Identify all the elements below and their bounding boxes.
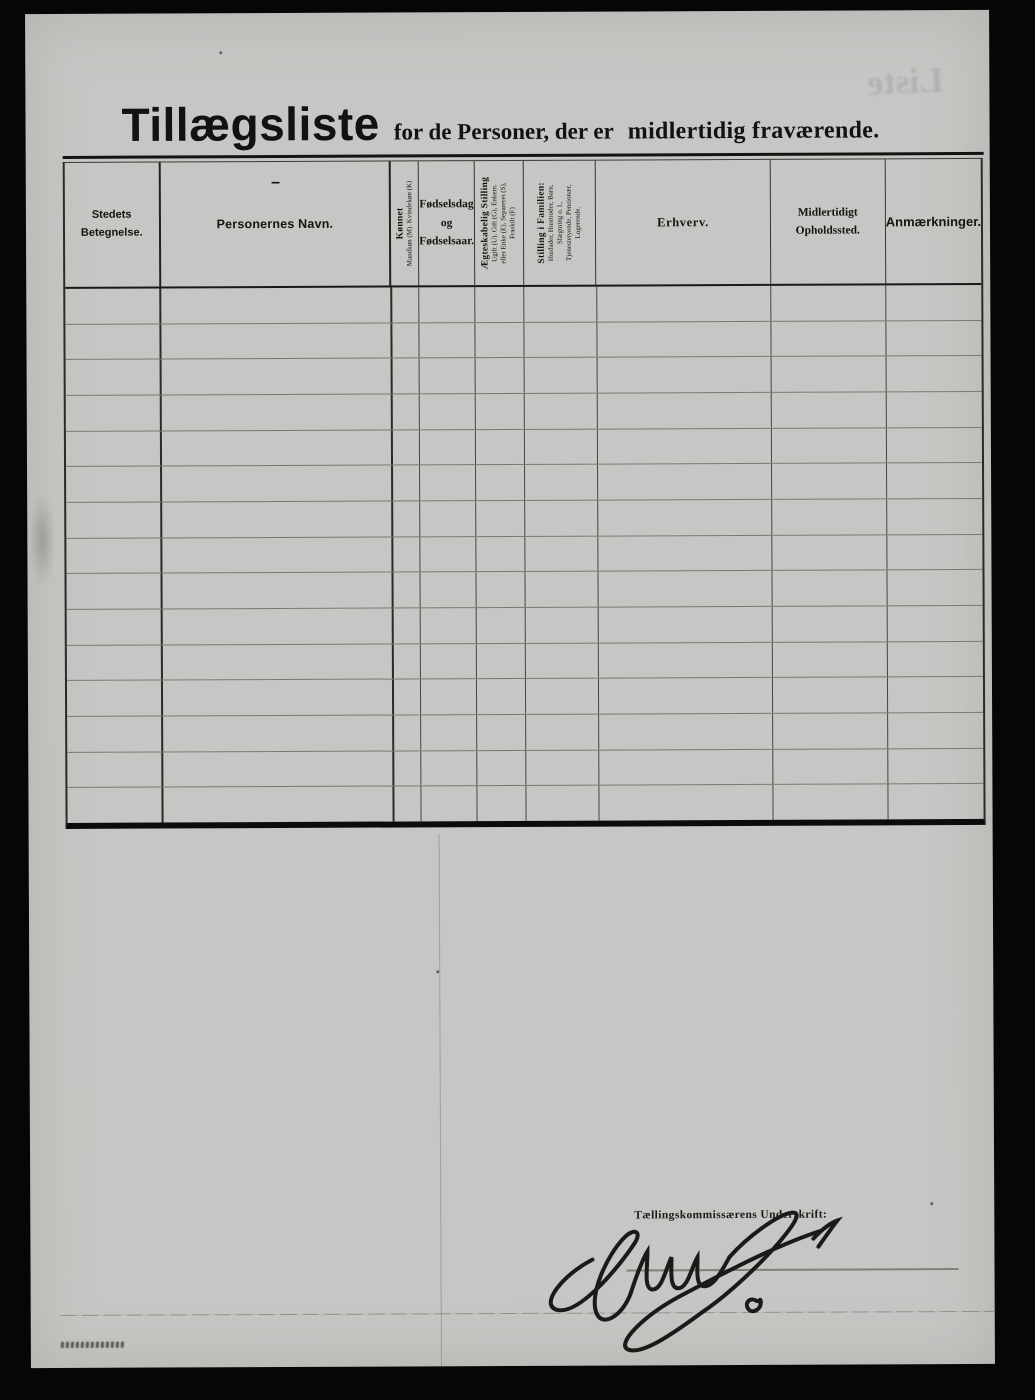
table-cell: [421, 501, 477, 536]
table-cell: [67, 610, 163, 645]
rotated-label: Ægteskabelig Stilling Ugift (U), Gift (G…: [480, 164, 518, 282]
table-cell: [887, 321, 982, 356]
table-cell: [66, 431, 162, 466]
table-cell: [67, 752, 163, 787]
table-cell: [394, 680, 422, 715]
table-cell: [772, 428, 888, 463]
table-cell: [525, 465, 598, 500]
table-cell: [421, 608, 477, 643]
table-cell: [420, 323, 476, 358]
table-cell: [67, 645, 163, 680]
table-cell: [772, 499, 888, 534]
table-cell: [420, 358, 476, 393]
table-cell: [526, 786, 599, 821]
table-cell: [598, 607, 772, 642]
table-row: [66, 463, 982, 503]
table-cell: [67, 681, 163, 716]
table-cell: [772, 464, 888, 499]
page-title: Tillægsliste for de Personer, der er mid…: [121, 94, 879, 151]
table-cell: [421, 644, 477, 679]
table-cell: [597, 393, 771, 428]
table-cell: [889, 784, 984, 819]
column-header-erhverv: Erhverv.: [596, 160, 771, 285]
column-label: Midlertidigt Opholdssted.: [796, 203, 860, 240]
table-cell: [888, 499, 983, 534]
table-cell: [393, 644, 421, 679]
table-cell: [599, 678, 773, 713]
table-cell: [163, 751, 394, 787]
table-row: [66, 392, 982, 432]
table-cell: [525, 572, 598, 607]
table-cell: [598, 643, 772, 678]
table-cell: [394, 787, 422, 822]
table-header-row: Stedets Betegnelse. – Personernes Navn. …: [65, 159, 982, 289]
column-header-personernes-navn: – Personernes Navn.: [160, 162, 391, 287]
table-cell: [476, 323, 525, 358]
table-cell: [476, 394, 525, 429]
table-cell: [477, 608, 526, 643]
table-cell: [161, 430, 392, 466]
table-cell: [420, 430, 476, 465]
table-cell: [888, 606, 983, 641]
table-row: [67, 749, 983, 789]
table-cell: [526, 608, 599, 643]
table-cell: [599, 750, 773, 785]
table-cell: [67, 788, 163, 823]
column-label: Kønnet: [395, 164, 406, 282]
column-label: Erhverv.: [657, 215, 709, 230]
scanned-census-form: { "document": { "title_main": "Tillægsli…: [0, 0, 1035, 1400]
table-cell: [161, 323, 392, 359]
table-cell: [161, 359, 392, 395]
table-cell: [475, 287, 524, 322]
table-cell: [772, 535, 888, 570]
table-cell: [526, 750, 599, 785]
table-cell: [477, 715, 526, 750]
table-cell: [421, 573, 477, 608]
table-row: [65, 285, 981, 325]
table-cell: [525, 536, 598, 571]
table-cell: [887, 392, 982, 427]
table-cell: [477, 751, 526, 786]
census-table: Stedets Betegnelse. – Personernes Navn. …: [63, 158, 986, 829]
table-cell: [525, 501, 598, 536]
table-cell: [773, 606, 889, 641]
table-cell: [888, 642, 983, 677]
table-cell: [422, 787, 478, 822]
column-header-stilling-i-familien: Stilling i Familien: Husfader, Husmoder,…: [524, 161, 597, 285]
table-cell: [476, 358, 525, 393]
table-cell: [773, 785, 889, 820]
table-cell: [773, 713, 889, 748]
column-header-aegteskabelig-stilling: Ægteskabelig Stilling Ugift (U), Gift (G…: [475, 161, 524, 285]
column-label: Personernes Navn.: [217, 217, 334, 232]
table-cell: [163, 716, 394, 752]
table-cell: [888, 535, 983, 570]
table-cell: [598, 429, 772, 464]
column-sublabel: Husfader, Husmoder, Barn, Slægtning o. l…: [546, 164, 583, 282]
table-cell: [525, 358, 598, 393]
table-cell: [887, 285, 982, 320]
table-cell: [476, 501, 525, 536]
table-row: [67, 784, 983, 823]
table-cell: [66, 360, 162, 395]
table-cell: [162, 644, 393, 680]
table-cell: [66, 503, 162, 538]
table-row: [67, 713, 983, 753]
table-row: [66, 356, 982, 396]
dash-mark: –: [271, 174, 280, 192]
table-cell: [393, 537, 421, 572]
paper-crease: [439, 834, 442, 1366]
table-cell: [393, 608, 421, 643]
table-cell: [772, 392, 888, 427]
table-cell: [66, 396, 162, 431]
table-cell: [598, 464, 772, 499]
table-cell: [597, 357, 771, 392]
table-cell: [525, 429, 598, 464]
table-cell: [524, 287, 597, 322]
column-label: Ægteskabelig Stilling: [480, 164, 491, 282]
table-cell: [161, 288, 392, 324]
table-cell: [162, 502, 393, 538]
table-body: [65, 285, 983, 823]
table-cell: [393, 466, 421, 501]
table-row: [66, 428, 982, 468]
column-label: Stedets Betegnelse.: [81, 207, 143, 242]
table-cell: [392, 394, 420, 429]
table-cell: [393, 573, 421, 608]
table-row: [66, 499, 982, 539]
table-cell: [66, 574, 162, 609]
table-cell: [772, 571, 888, 606]
table-row: [65, 321, 981, 361]
table-cell: [66, 467, 162, 502]
table-cell: [598, 536, 772, 571]
table-cell: [163, 787, 394, 823]
table-cell: [771, 285, 887, 320]
table-cell: [887, 428, 982, 463]
table-cell: [422, 751, 478, 786]
table-cell: [420, 394, 476, 429]
table-cell: [887, 356, 982, 391]
signature-handwriting: [530, 1202, 891, 1364]
column-label: Stilling i Familien:: [536, 164, 547, 282]
scan-smudge: [29, 492, 55, 588]
table-cell: [477, 679, 526, 714]
table-cell: [420, 466, 476, 501]
table-row: [67, 677, 983, 717]
table-cell: [477, 537, 526, 572]
table-cell: [392, 359, 420, 394]
table-cell: [161, 395, 392, 431]
column-label: Anmærkninger.: [886, 213, 981, 228]
table-row: [67, 642, 983, 682]
column-sublabel: Mandkøn (M). Kvindekøn (K): [405, 164, 415, 282]
table-row: [66, 570, 982, 610]
table-cell: [162, 466, 393, 502]
column-header-koennet: Kønnet Mandkøn (M). Kvindekøn (K): [391, 161, 419, 285]
table-cell: [421, 537, 477, 572]
rotated-label: Stilling i Familien: Husfader, Husmoder,…: [536, 164, 583, 282]
table-cell: [65, 289, 161, 324]
table-cell: [889, 749, 984, 784]
table-cell: [597, 286, 771, 321]
table-cell: [162, 573, 393, 609]
table-cell: [598, 571, 772, 606]
table-cell: [394, 715, 422, 750]
table-cell: [477, 644, 526, 679]
table-cell: [771, 321, 887, 356]
title-main: Tillægsliste: [121, 96, 379, 152]
table-cell: [773, 642, 889, 677]
table-cell: [771, 357, 887, 392]
table-cell: [162, 609, 393, 645]
table-cell: [476, 430, 525, 465]
table-row: [66, 535, 982, 575]
paper-sheet: Liste Tillægsliste for de Personer, der …: [25, 10, 995, 1368]
table-cell: [420, 287, 476, 322]
table-cell: [599, 714, 773, 749]
table-cell: [67, 717, 163, 752]
table-cell: [888, 570, 983, 605]
ink-speck: [219, 51, 222, 54]
title-rest: for de Personer, der er: [394, 119, 614, 146]
table-cell: [773, 678, 889, 713]
table-cell: [392, 430, 420, 465]
ink-speck: [436, 970, 439, 973]
table-cell: [598, 500, 772, 535]
column-header-foedselsdag: Fødselsdag og Fødselsaar.: [419, 161, 475, 285]
column-header-anmaerkninger: Anmærkninger.: [886, 159, 982, 283]
table-cell: [597, 322, 771, 357]
table-cell: [392, 323, 420, 358]
table-row: [67, 606, 983, 646]
rotated-label: Kønnet Mandkøn (M). Kvindekøn (K): [395, 164, 415, 282]
table-cell: [526, 643, 599, 678]
table-cell: [524, 322, 597, 357]
table-cell: [887, 463, 982, 498]
table-cell: [162, 537, 393, 573]
column-header-stedets-betegnelse: Stedets Betegnelse.: [65, 163, 161, 287]
table-cell: [526, 679, 599, 714]
table-cell: [476, 465, 525, 500]
table-cell: [163, 680, 394, 716]
table-cell: [888, 677, 983, 712]
column-header-midlertidigt-opholdssted: Midlertidigt Opholdssted.: [770, 159, 886, 284]
table-cell: [526, 715, 599, 750]
printer-imprint: [61, 1342, 125, 1348]
table-cell: [422, 715, 478, 750]
table-cell: [394, 751, 422, 786]
table-cell: [478, 786, 527, 821]
ink-speck: [930, 1202, 933, 1205]
table-cell: [421, 680, 477, 715]
table-cell: [477, 572, 526, 607]
table-cell: [525, 394, 598, 429]
column-sublabel: Ugift (U), Gift (G), Enkem. eller Enke (…: [490, 164, 518, 282]
table-cell: [599, 785, 773, 820]
column-label: Fødselsdag og Fødselsaar.: [419, 196, 474, 251]
title-emphasis: midlertidig fraværende.: [628, 117, 880, 145]
table-cell: [889, 713, 984, 748]
table-cell: [393, 501, 421, 536]
table-cell: [65, 324, 161, 359]
table-cell: [392, 287, 420, 322]
table-cell: [66, 538, 162, 573]
table-cell: [773, 749, 889, 784]
